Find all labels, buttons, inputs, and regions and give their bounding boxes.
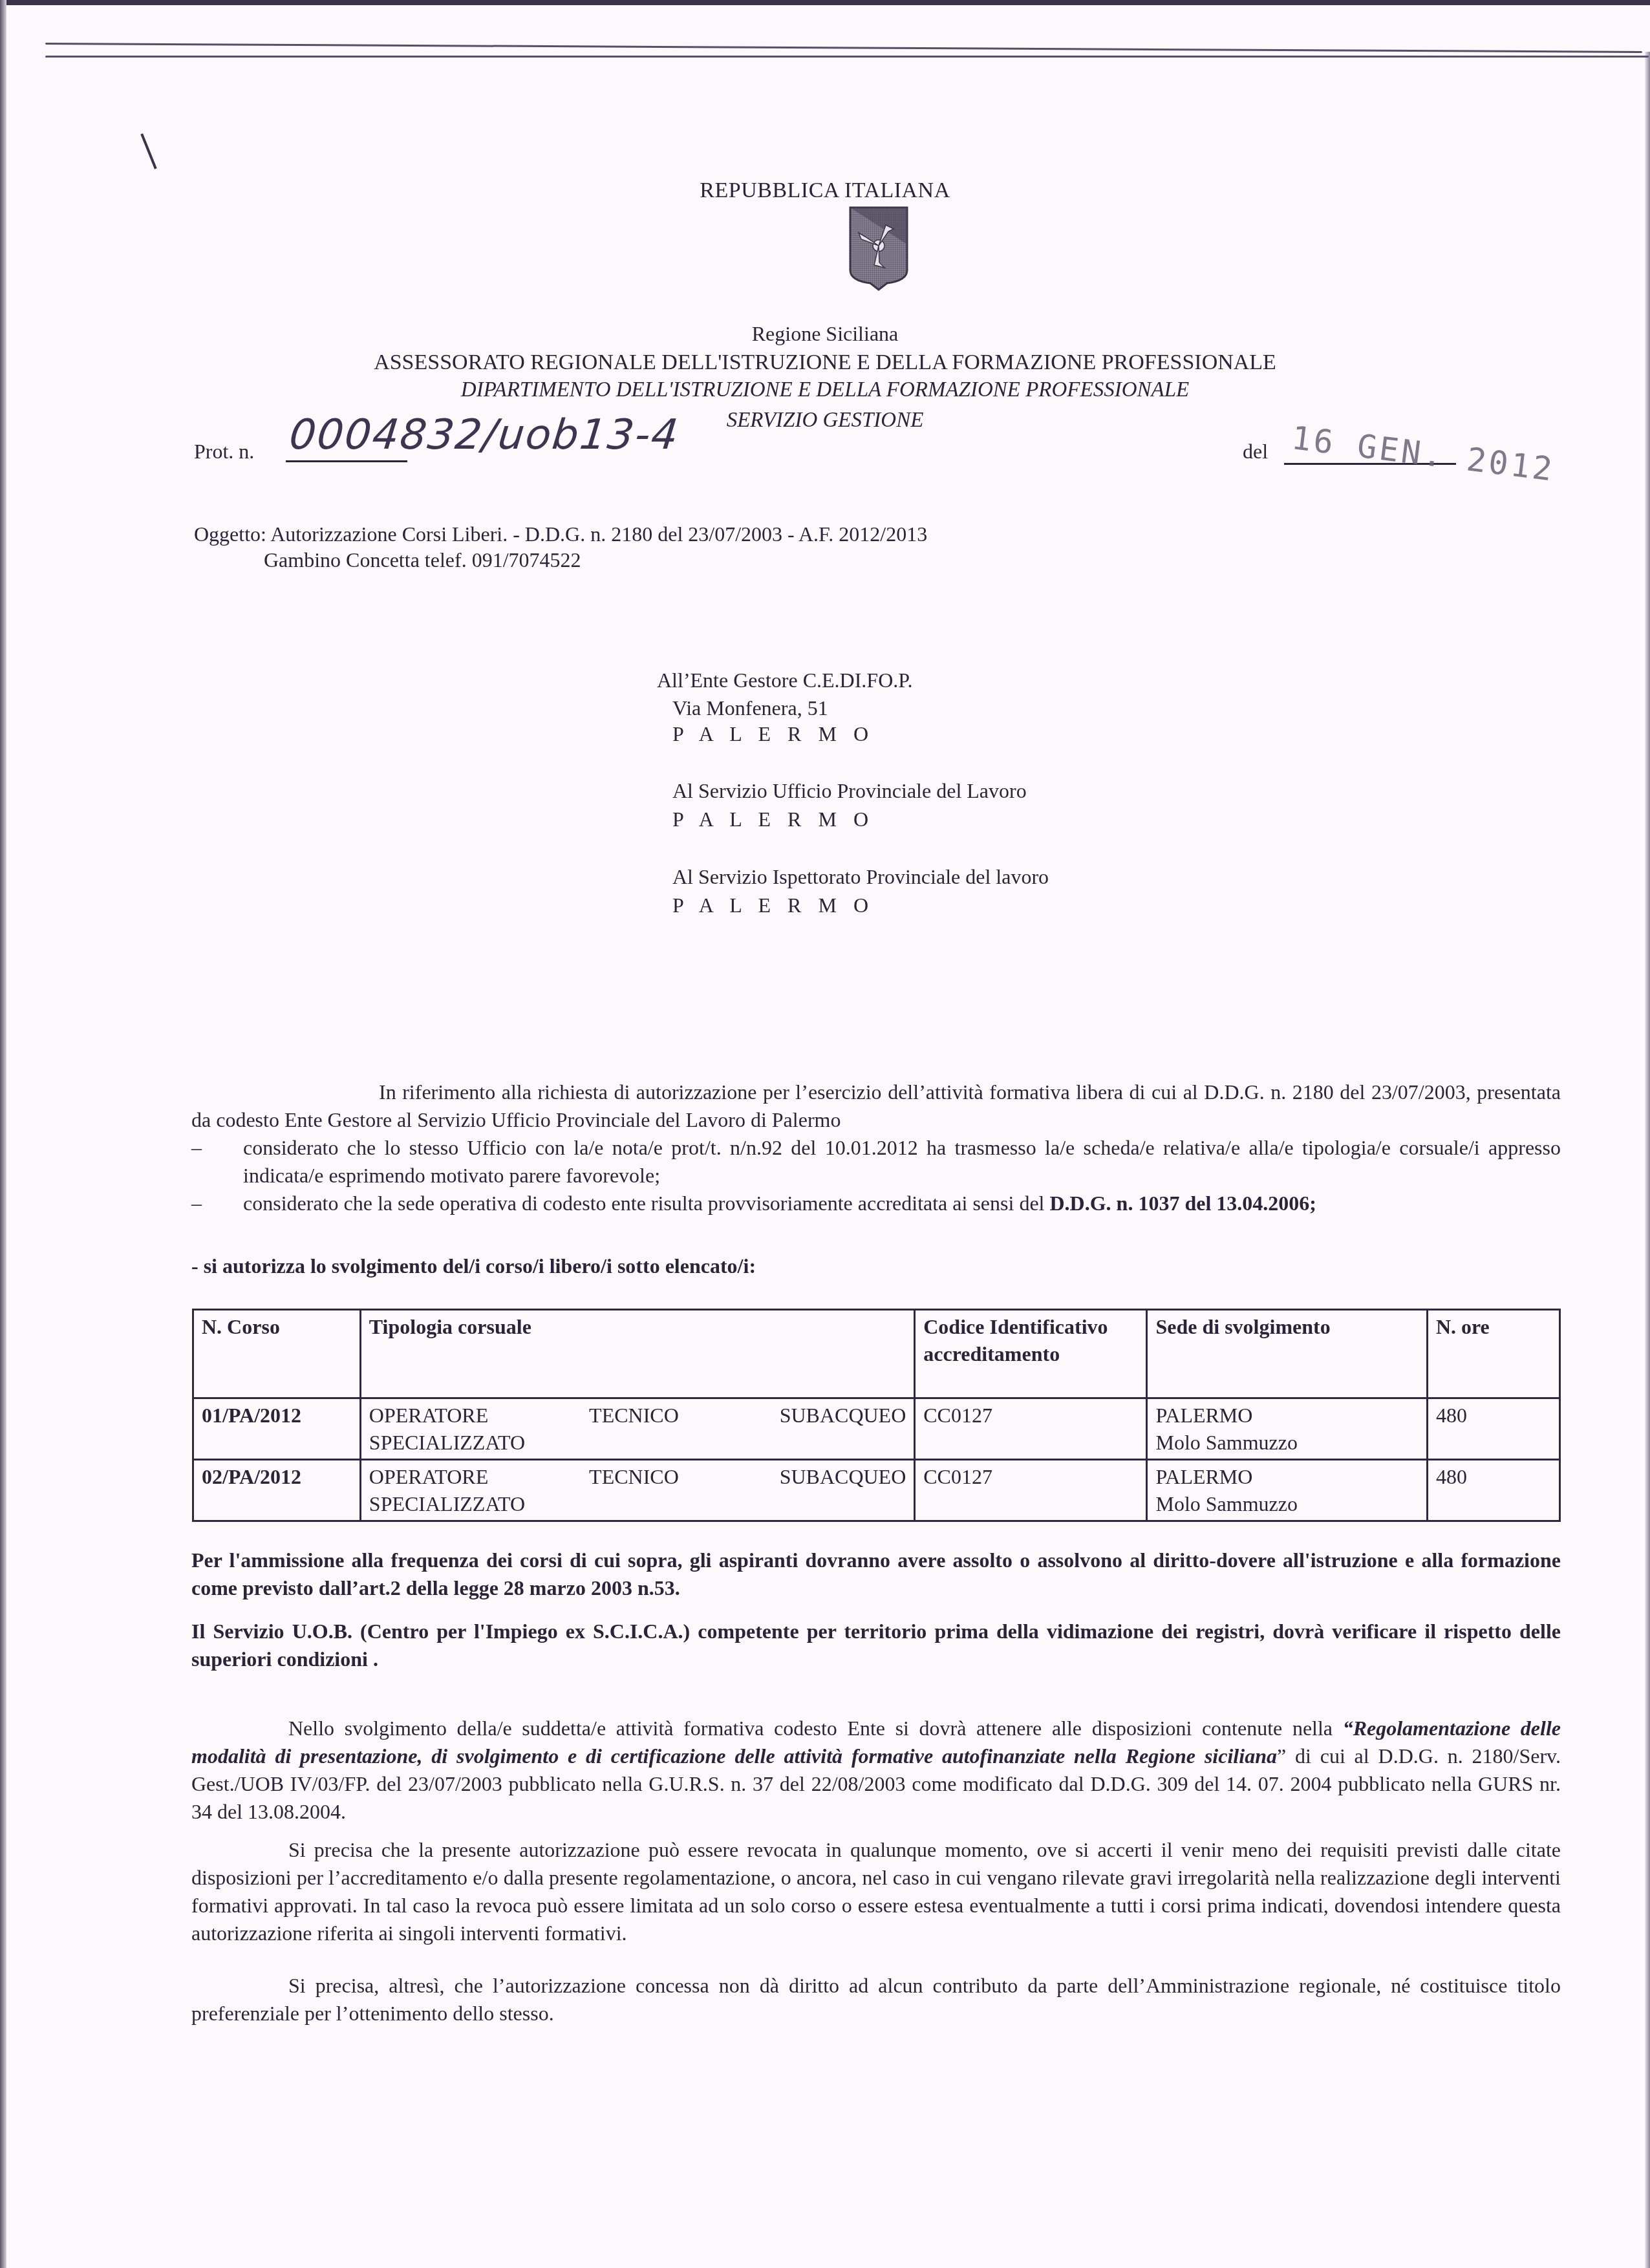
servizio-heading: SERVIZIO GESTIONE <box>0 409 1650 433</box>
contact-line: Gambino Concetta telef. 091/7074522 <box>264 548 581 572</box>
course-number: 01/PA/2012 <box>193 1398 361 1460</box>
bullet-item: – considerato che la sede operativa di c… <box>191 1190 1561 1217</box>
paper-fold-line <box>45 56 1649 58</box>
paper-fold-line <box>45 43 1642 53</box>
authorization-statement: - si autorizza lo svolgimento del/i cors… <box>191 1254 756 1278</box>
recipient-city: P A L E R M O <box>672 808 874 831</box>
regulation-paragraph: Nello svolgimento della/e suddetta/e att… <box>191 1715 1561 1826</box>
courses-table: N. Corso Tipologia corsuale Codice Ident… <box>192 1309 1561 1522</box>
course-type-word: SPECIALIZZATO <box>369 1490 906 1517</box>
protocol-number-handwritten: 0004832/uob13-4 <box>287 411 681 459</box>
bullet-text: considerato che la sede operativa di cod… <box>243 1192 1050 1215</box>
table-header-row: N. Corso Tipologia corsuale Codice Ident… <box>193 1310 1560 1398</box>
bullet-decree-ref: D.D.G. n. 1037 del 13.04.2006; <box>1050 1192 1316 1215</box>
course-type: OPERATORETECNICOSUBACQUEO SPECIALIZZATO <box>360 1398 914 1460</box>
table-row: 01/PA/2012 OPERATORETECNICOSUBACQUEO SPE… <box>193 1398 1560 1460</box>
subject-line: Oggetto: Autorizzazione Corsi Liberi. - … <box>194 522 927 546</box>
region-heading: Regione Siciliana <box>0 322 1650 346</box>
column-header: Codice Identificativo accreditamento <box>915 1310 1147 1398</box>
trinacria-emblem-icon <box>848 206 909 291</box>
table-row: 02/PA/2012 OPERATORETECNICOSUBACQUEO SPE… <box>193 1460 1560 1521</box>
course-type-word: TECNICO <box>589 1463 679 1490</box>
recipient-name: All’Ente Gestore C.E.DI.FO.P. <box>657 669 913 692</box>
accreditation-code: CC0127 <box>915 1460 1147 1521</box>
bullet-text: considerato che lo stesso Ufficio con la… <box>243 1134 1561 1190</box>
recipient-address: Via Monfenera, 51 <box>672 696 828 720</box>
recipient-name: Al Servizio Ispettorato Provinciale del … <box>672 865 1049 889</box>
venue-city: PALERMO <box>1155 1463 1418 1490</box>
recipient-city: P A L E R M O <box>672 893 874 917</box>
column-header: N. ore <box>1427 1310 1559 1398</box>
protocol-label: Prot. n. <box>194 440 254 464</box>
course-type: OPERATORETECNICOSUBACQUEO SPECIALIZZATO <box>360 1460 914 1521</box>
dipartimento-heading: DIPARTIMENTO DELL'ISTRUZIONE E DELLA FOR… <box>0 378 1650 402</box>
recipient-name: Al Servizio Ufficio Provinciale del Lavo… <box>672 779 1027 803</box>
accreditation-code: CC0127 <box>915 1398 1147 1460</box>
contribution-paragraph: Si precisa, altresì, che l’autorizzazion… <box>191 1972 1561 2027</box>
regulation-text: Nello svolgimento della/e suddetta/e att… <box>288 1717 1343 1740</box>
venue-place: Molo Sammuzzo <box>1155 1490 1418 1517</box>
course-venue: PALERMO Molo Sammuzzo <box>1147 1460 1427 1521</box>
scan-edge <box>0 0 1650 5</box>
venue-city: PALERMO <box>1155 1402 1418 1429</box>
column-header: Tipologia corsuale <box>360 1310 914 1398</box>
body-intro: In riferimento alla richiesta di autoriz… <box>191 1078 1561 1217</box>
course-hours: 480 <box>1427 1460 1559 1521</box>
course-hours: 480 <box>1427 1398 1559 1460</box>
bullet-item: – considerato che lo stesso Ufficio con … <box>191 1134 1561 1190</box>
course-type-word: TECNICO <box>589 1402 679 1429</box>
date-label: del <box>1243 440 1268 464</box>
republic-heading: REPUBBLICA ITALIANA <box>0 178 1650 203</box>
course-venue: PALERMO Molo Sammuzzo <box>1147 1398 1427 1460</box>
course-type-word: OPERATORE <box>369 1402 488 1429</box>
uob-paragraph: Il Servizio U.O.B. (Centro per l'Impiego… <box>191 1618 1561 1673</box>
revocation-paragraph: Si precisa che la presente autorizzazion… <box>191 1836 1561 1947</box>
recipient-city: P A L E R M O <box>672 722 874 746</box>
course-number: 02/PA/2012 <box>193 1460 361 1521</box>
bullet-dash: – <box>191 1190 243 1217</box>
admission-paragraph: Per l'ammissione alla frequenza dei cors… <box>191 1546 1561 1602</box>
column-header: Sede di svolgimento <box>1147 1310 1427 1398</box>
column-header: N. Corso <box>193 1310 361 1398</box>
course-type-word: OPERATORE <box>369 1463 488 1490</box>
course-type-word: SPECIALIZZATO <box>369 1429 906 1456</box>
protocol-underline <box>286 460 407 462</box>
intro-paragraph: In riferimento alla richiesta di autoriz… <box>191 1078 1561 1134</box>
pen-mark <box>140 133 156 169</box>
assessorato-heading: ASSESSORATO REGIONALE DELL'ISTRUZIONE E … <box>0 350 1650 375</box>
venue-place: Molo Sammuzzo <box>1155 1429 1418 1456</box>
course-type-word: SUBACQUEO <box>780 1463 906 1490</box>
bullet-dash: – <box>191 1134 243 1190</box>
course-type-word: SUBACQUEO <box>780 1402 906 1429</box>
